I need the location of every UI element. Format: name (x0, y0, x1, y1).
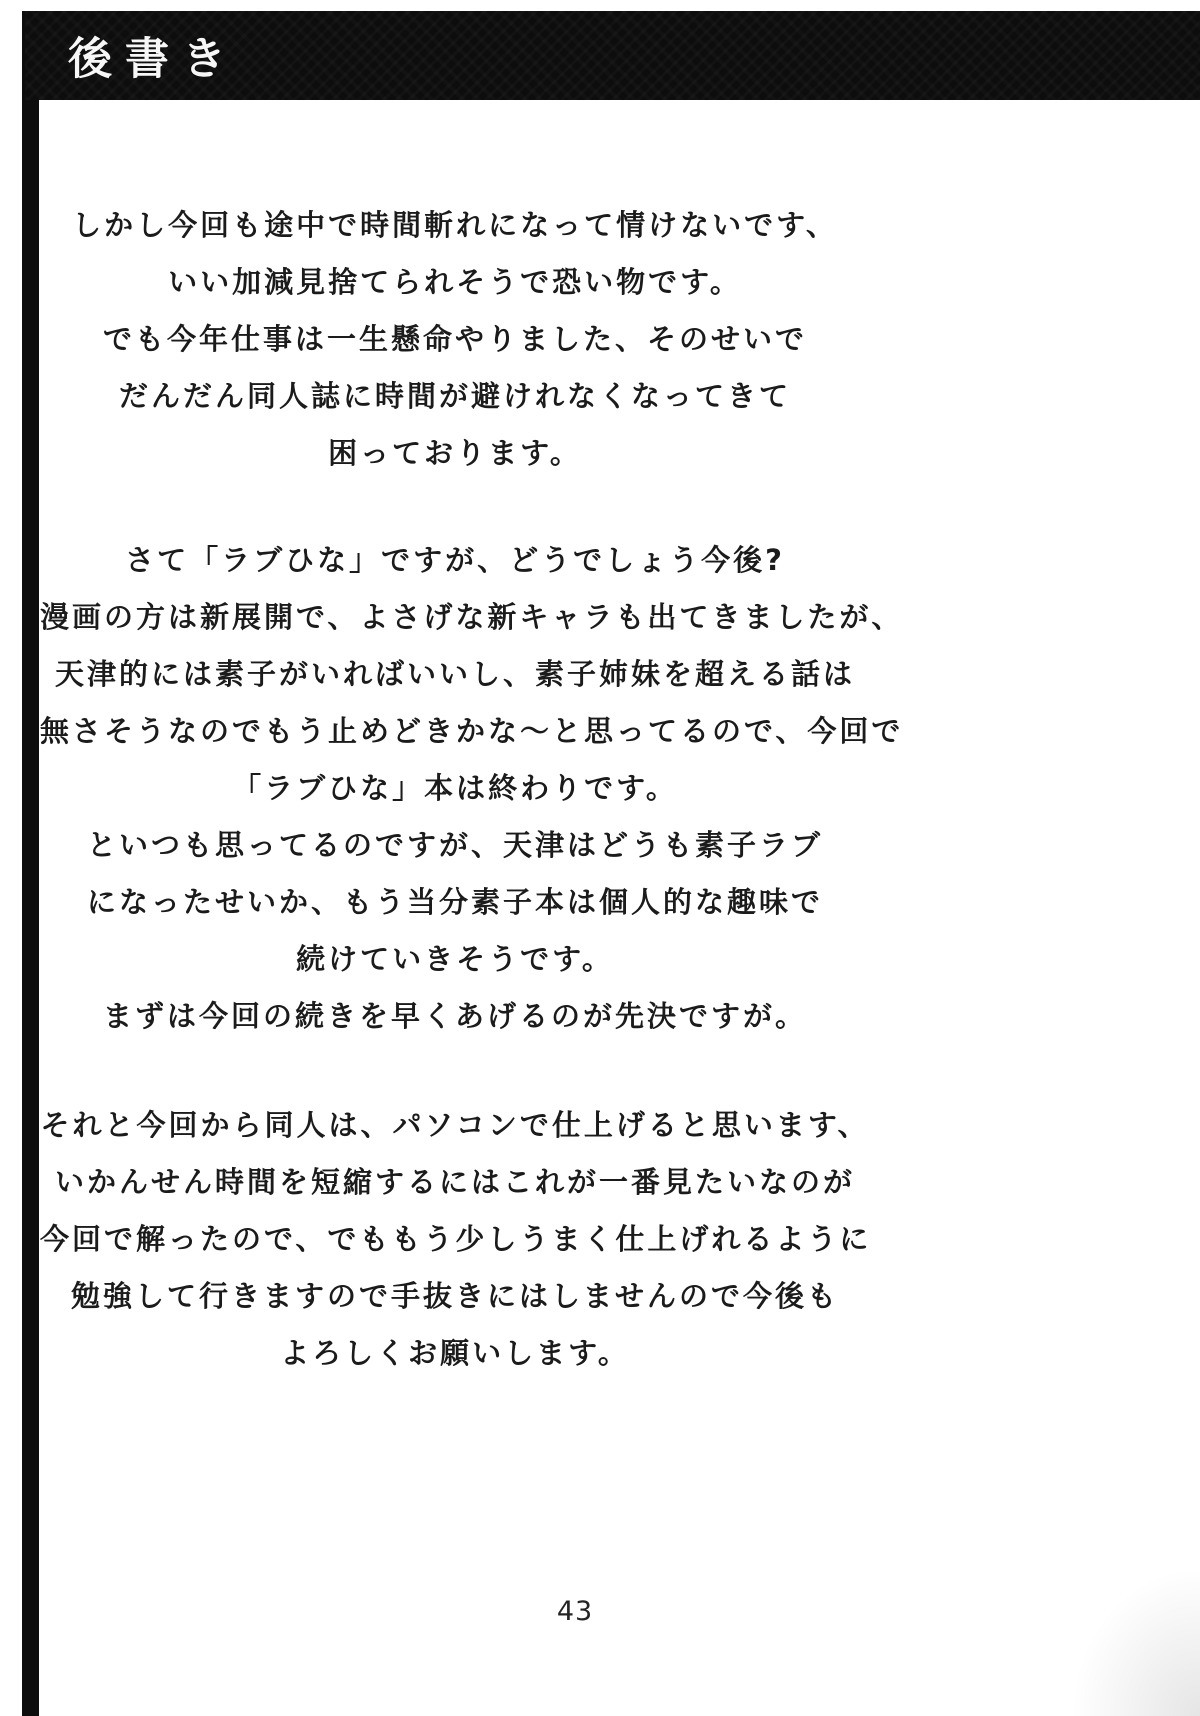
text-line: さて「ラブひな」ですが、どうでしょう今後? (40, 532, 870, 589)
text-line: だんだん同人誌に時間が避けれなくなってきて (40, 368, 870, 425)
page-number: 43 (40, 1596, 1110, 1627)
text-line: でも今年仕事は一生懸命やりました、そのせいで (40, 311, 870, 368)
paragraph-1: しかし今回も途中で時間斬れになって情けないです、 いい加減見捨てられそうで恐い物… (40, 197, 870, 482)
text-line: 続けていきそうです。 (40, 931, 870, 988)
text-line: 天津的には素子がいればいいし、素子姉妹を超える話は (40, 646, 870, 703)
text-line: いい加減見捨てられそうで恐い物です。 (40, 254, 870, 311)
text-line: 困っております。 (40, 425, 870, 482)
paragraph-2: さて「ラブひな」ですが、どうでしょう今後? 漫画の方は新展開で、よさげな新キャラ… (40, 532, 870, 1045)
text-line: になったせいか、もう当分素子本は個人的な趣味で (40, 874, 870, 931)
text-line: それと今回から同人は、パソコンで仕上げると思います、 (40, 1097, 870, 1154)
text-line: まずは今回の続きを早くあげるのが先決ですが。 (40, 988, 870, 1045)
text-line: 漫画の方は新展開で、よさげな新キャラも出てきましたが、 (40, 589, 870, 646)
left-border-strip (22, 11, 39, 1716)
paragraph-3: それと今回から同人は、パソコンで仕上げると思います、 いかんせん時間を短縮するに… (40, 1097, 870, 1382)
page-header: 後書き (25, 11, 1200, 100)
text-line: 勉強して行きますので手抜きにはしませんので今後も (40, 1268, 870, 1325)
text-line: といつも思ってるのですが、天津はどうも素子ラブ (40, 817, 870, 874)
text-line: よろしくお願いします。 (40, 1325, 870, 1382)
text-line: 「ラブひな」本は終わりです。 (40, 760, 870, 817)
text-line: 無さそうなのでもう止めどきかな〜と思ってるので、今回で (40, 703, 870, 760)
afterword-page: 後書き しかし今回も途中で時間斬れになって情けないです、 いい加減見捨てられそう… (0, 0, 1200, 1716)
page-title: 後書き (68, 22, 239, 86)
text-line: しかし今回も途中で時間斬れになって情けないです、 (40, 197, 870, 254)
text-line: いかんせん時間を短縮するにはこれが一番見たいなのが (40, 1154, 870, 1211)
scan-shadow (1070, 1566, 1200, 1716)
text-line: 今回で解ったので、でももう少しうまく仕上げれるように (40, 1211, 870, 1268)
